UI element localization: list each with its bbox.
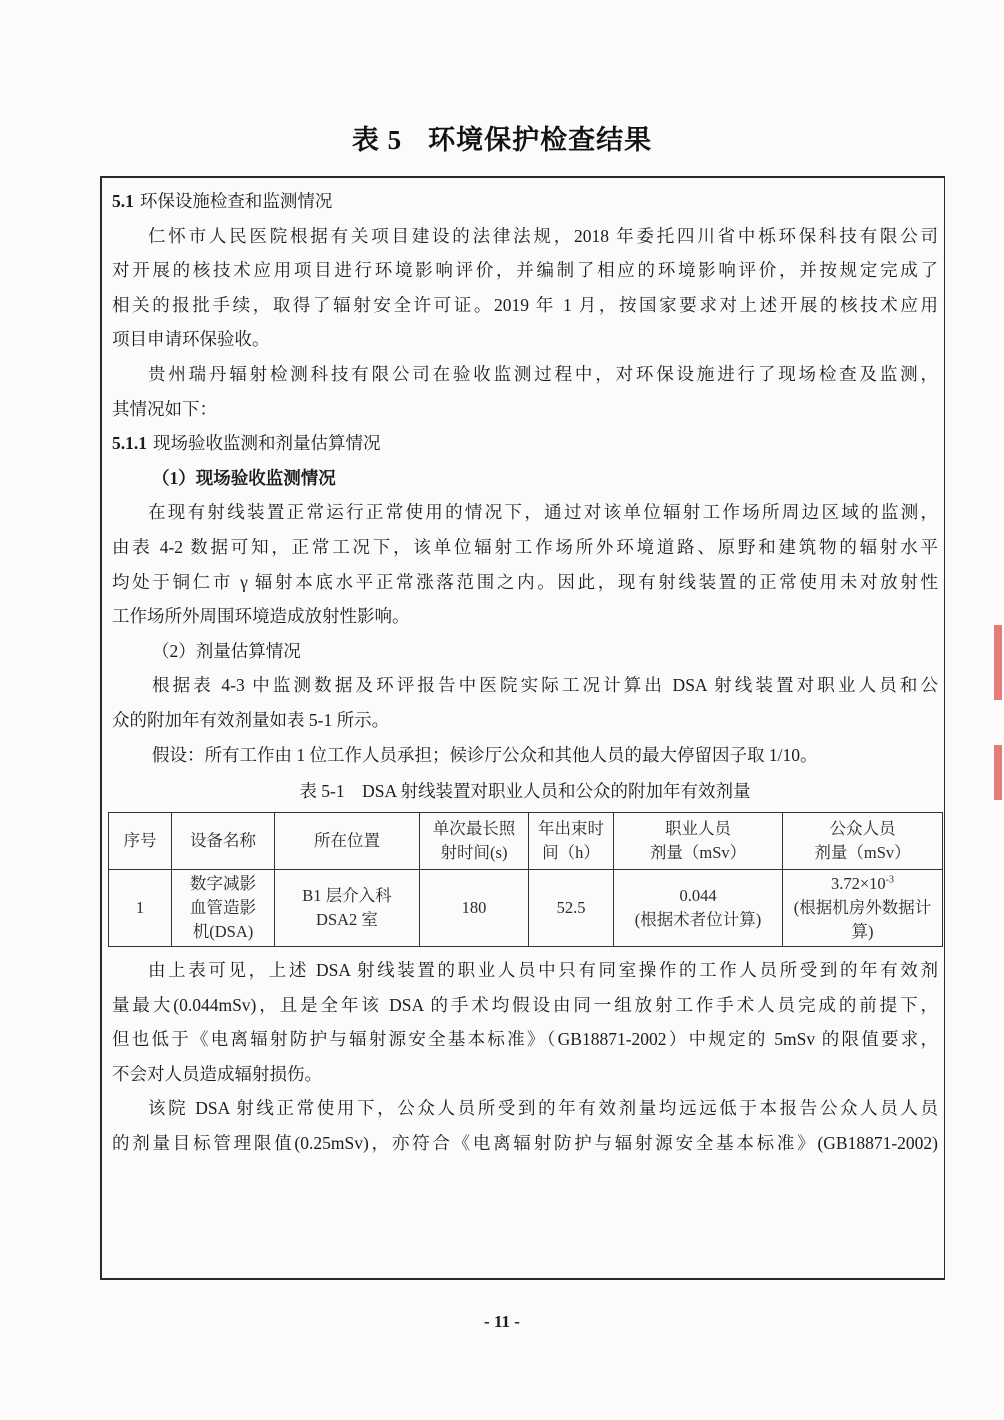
table-number: 表 5: [352, 125, 402, 155]
paragraph-line: 由表 4-2 数据可知，正常工况下，该单位辐射工作场所外环境道路、原野和建筑物的…: [112, 530, 938, 565]
page-title: 表 5环境保护检查结果: [0, 118, 1004, 157]
paragraph-line: 在现有射线装置正常运行正常使用的情况下，通过对该单位辐射工作场所周边区域的监测，: [112, 495, 938, 530]
cell-occupational-dose: 0.044(根据术者位计算): [614, 870, 783, 947]
paragraph-line: 由上表可见，上述 DSA 射线装置的职业人员中只有同室操作的工作人员所受到的年有…: [112, 953, 938, 988]
paragraph-line: 均处于铜仁市 γ 辐射本底水平正常涨落范围之内。因此，现有射线装置的正常使用未对…: [112, 565, 938, 600]
paragraph-line: 对开展的核技术应用项目进行环境影响评价，并编制了相应的环境影响评价，并按规定完成…: [112, 253, 938, 288]
table-row: 1 数字减影血管造影机(DSA) B1 层介入科DSA2 室 180 52.5 …: [109, 870, 943, 947]
cell-beam-time: 52.5: [529, 870, 614, 947]
table-caption: 表 5-1 DSA 射线装置对职业人员和公众的附加年有效剂量: [112, 774, 938, 808]
seal-stamp-mark: [994, 625, 1002, 700]
table-header-row: 序号 设备名称 所在位置 单次最长照射时间(s) 年出束时间（h） 职业人员剂量…: [109, 813, 943, 870]
content-frame: 5.1环保设施检查和监测情况 仁怀市人民医院根据有关项目建设的法律法规，2018…: [100, 176, 945, 1280]
paragraph-line: 众的附加年有效剂量如表 5-1 所示。: [112, 703, 938, 738]
cell-device: 数字减影血管造影机(DSA): [172, 870, 275, 947]
paragraph-line: 项目申请环保验收。: [112, 322, 938, 357]
paragraph-line: 但也低于《电离辐射防护与辐射源安全基本标准》（GB18871-2002）中规定的…: [112, 1022, 938, 1057]
section-title: 现场验收监测和剂量估算情况: [153, 433, 381, 453]
section-title: 环保设施检查和监测情况: [140, 191, 333, 211]
cell-public-dose: 3.72×10-3(根据机房外数据计算): [783, 870, 943, 947]
paragraph-line: 贵州瑞丹辐射检测科技有限公司在验收监测过程中，对环保设施进行了现场检查及监测，: [112, 357, 938, 392]
title-text: 环境保护检查结果: [428, 125, 652, 155]
header-beam-time: 年出束时间（h）: [529, 813, 614, 870]
subheading-1: （1）现场验收监测情况: [112, 461, 938, 496]
seal-stamp-mark: [994, 745, 1002, 800]
header-device: 设备名称: [172, 813, 275, 870]
header-public-dose: 公众人员剂量（mSv）: [783, 813, 943, 870]
header-no: 序号: [109, 813, 172, 870]
paragraph-line: 量最大(0.044mSv)，且是全年该 DSA 的手术均假设由同一组放射工作手术…: [112, 988, 938, 1023]
dose-table: 序号 设备名称 所在位置 单次最长照射时间(s) 年出束时间（h） 职业人员剂量…: [108, 812, 943, 947]
subheading-2: （2）剂量估算情况: [112, 634, 938, 669]
paragraph-line: 工作场所外周围环境造成放射性影响。: [112, 599, 938, 634]
assumption-line: 假设：所有工作由 1 位工作人员承担；候诊厅公众和其他人员的最大停留因子取 1/…: [112, 738, 938, 773]
paragraph-line: 其情况如下：: [112, 392, 938, 427]
paragraph-line: 仁怀市人民医院根据有关项目建设的法律法规，2018 年委托四川省中栎环保科技有限…: [112, 219, 938, 254]
cell-no: 1: [109, 870, 172, 947]
section-number: 5.1.1: [112, 433, 147, 453]
paragraph-line: 不会对人员造成辐射损伤。: [112, 1057, 938, 1092]
header-exposure-time: 单次最长照射时间(s): [420, 813, 529, 870]
paragraph-line: 相关的报批手续，取得了辐射安全许可证。2019 年 1 月，按国家要求对上述开展…: [112, 288, 938, 323]
section-5-1-heading: 5.1环保设施检查和监测情况: [112, 184, 938, 219]
page-number: - 11 -: [0, 1312, 1004, 1332]
section-5-1-1-heading: 5.1.1现场验收监测和剂量估算情况: [112, 426, 938, 461]
content-body: 5.1环保设施检查和监测情况 仁怀市人民医院根据有关项目建设的法律法规，2018…: [112, 184, 938, 1161]
cell-exposure-time: 180: [420, 870, 529, 947]
section-number: 5.1: [112, 191, 134, 211]
cell-location: B1 层介入科DSA2 室: [275, 870, 420, 947]
paragraph-line: 的剂量目标管理限值(0.25mSv)，亦符合《电离辐射防护与辐射源安全基本标准》…: [112, 1126, 938, 1161]
paragraph-line: 根据表 4-3 中监测数据及环评报告中医院实际工况计算出 DSA 射线装置对职业…: [112, 668, 938, 703]
header-location: 所在位置: [275, 813, 420, 870]
header-occupational-dose: 职业人员剂量（mSv）: [614, 813, 783, 870]
paragraph-line: 该院 DSA 射线正常使用下，公众人员所受到的年有效剂量均远远低于本报告公众人员…: [112, 1091, 938, 1126]
